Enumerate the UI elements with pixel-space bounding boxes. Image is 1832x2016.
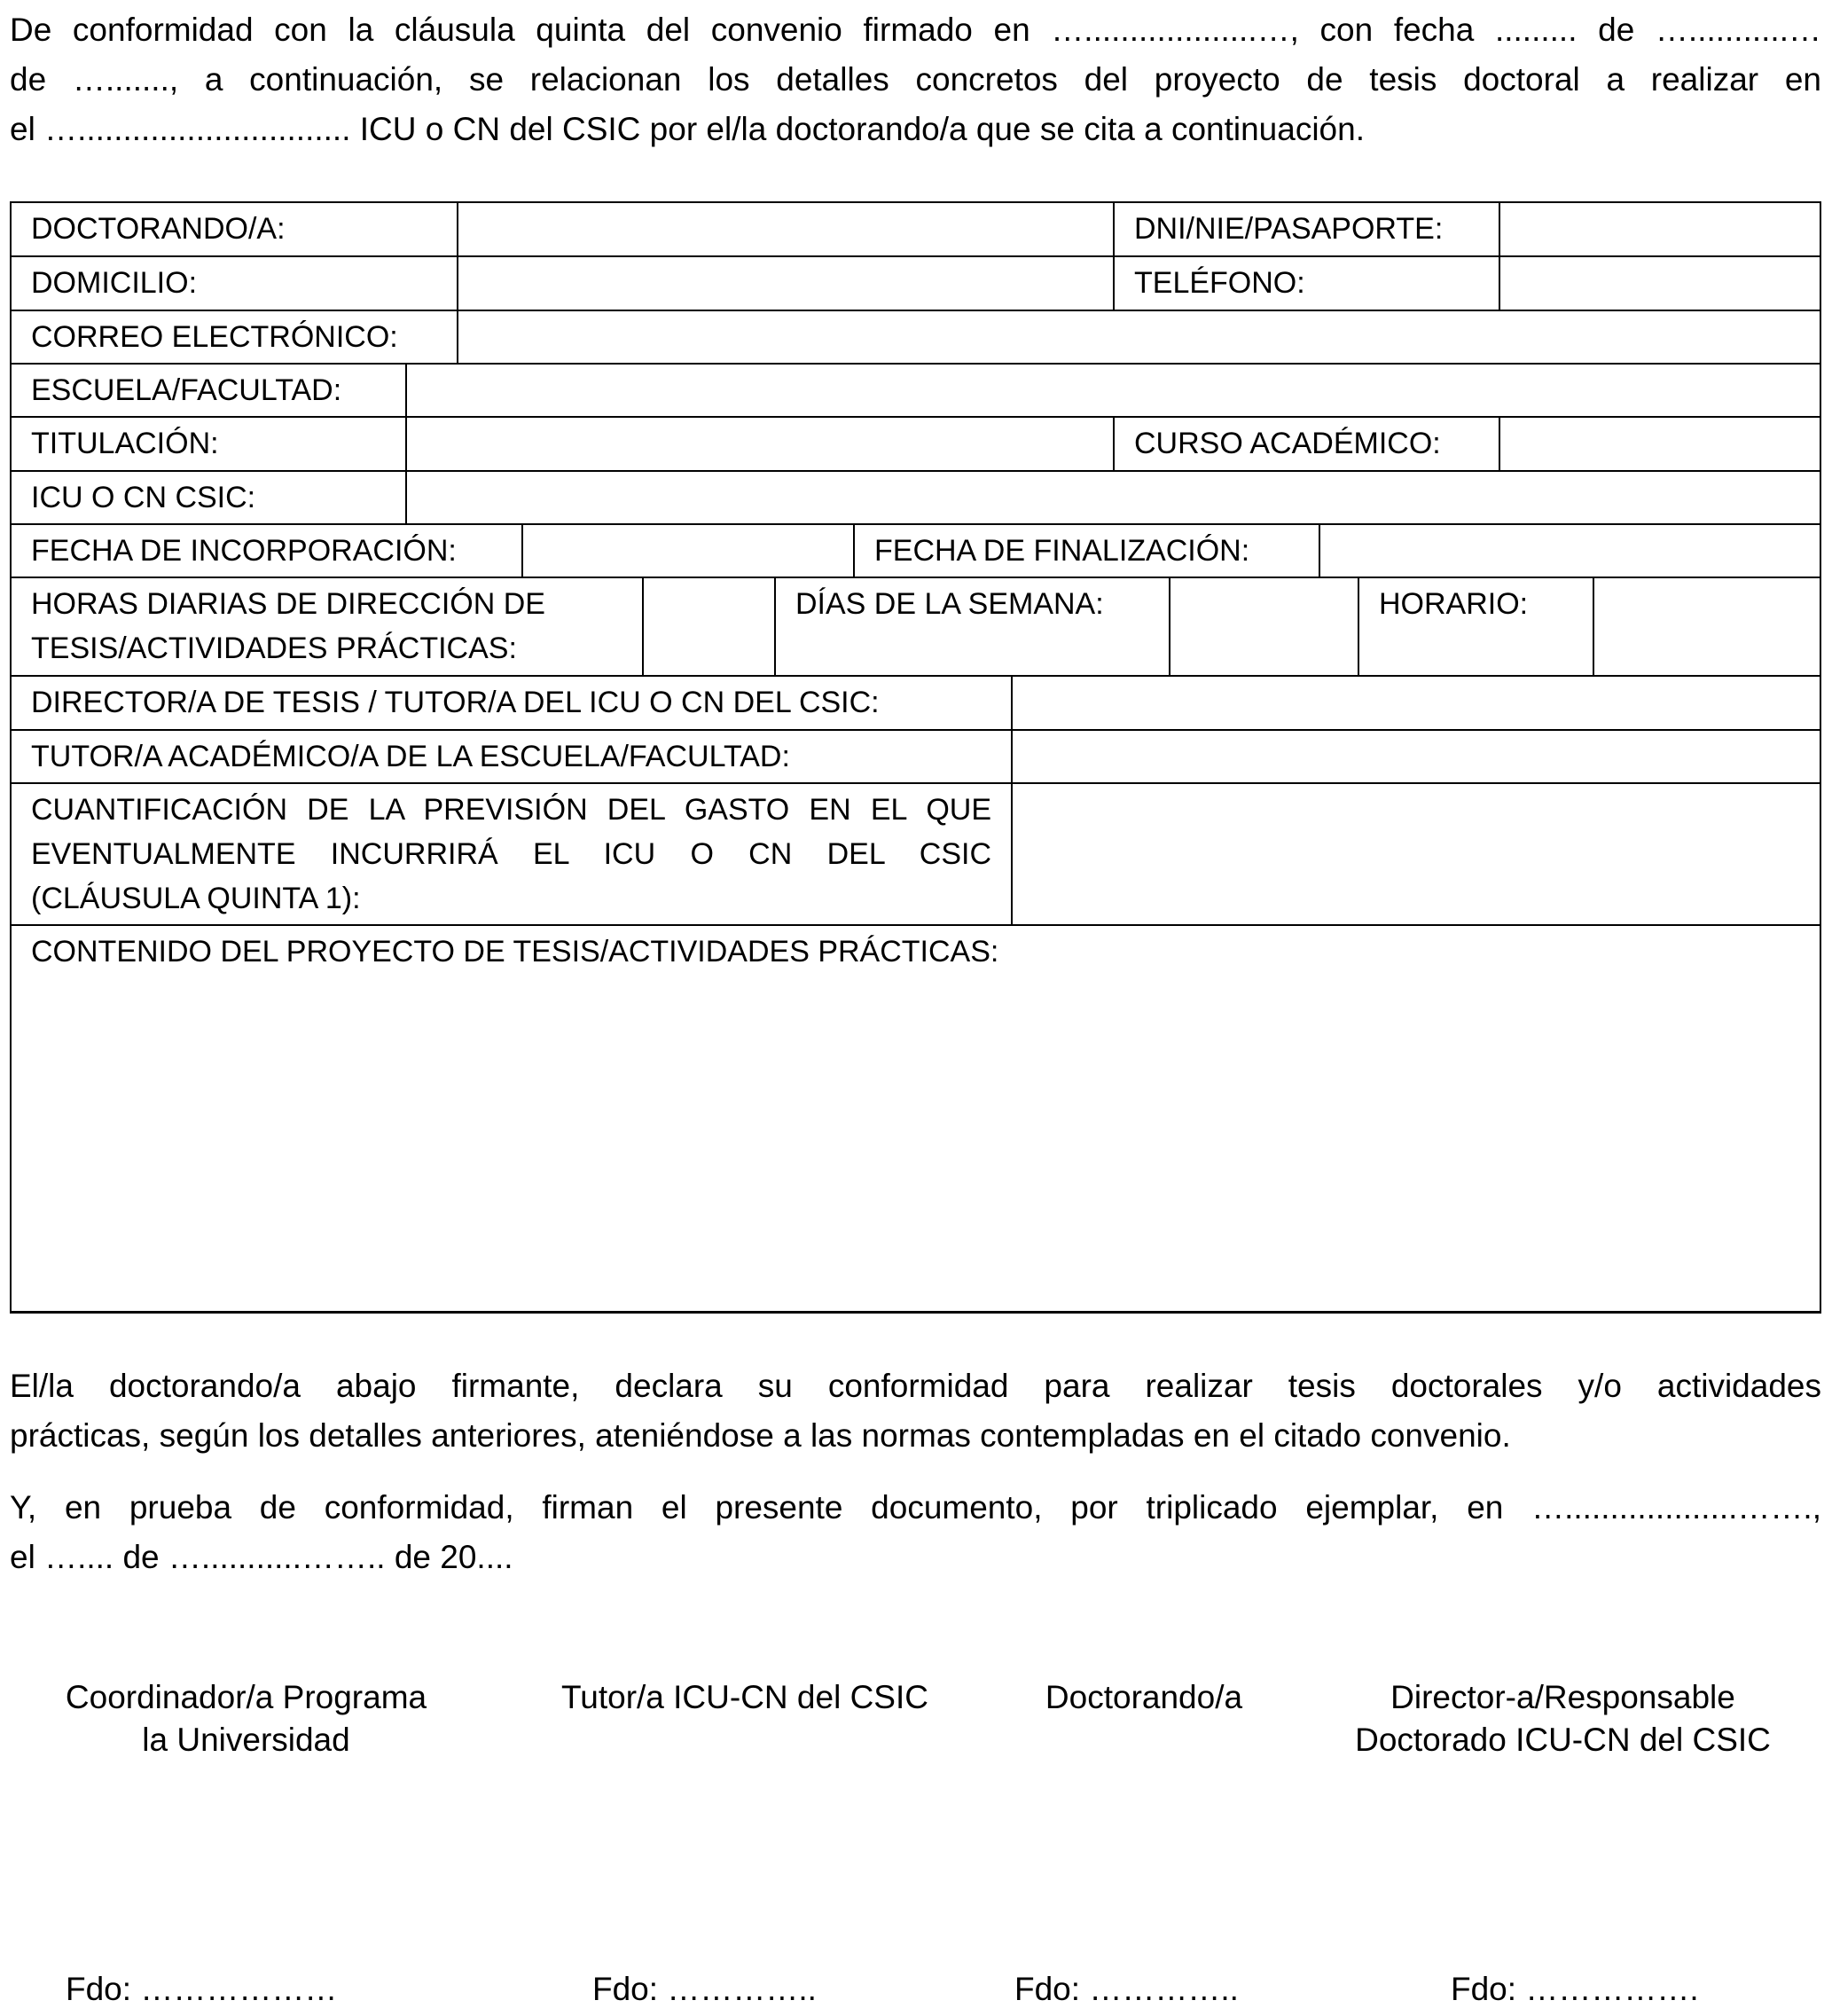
curso-label: CURSO ACADÉMICO: <box>1113 416 1499 470</box>
closing-paragraph: Y, en prueba de conformidad, firman el p… <box>10 1483 1821 1582</box>
gasto-field[interactable] <box>1011 782 1821 924</box>
fecha-finalizacion-field[interactable] <box>1319 523 1821 577</box>
signature-line-tutor[interactable]: Fdo: ………….. <box>592 1968 817 2011</box>
closing-line-1: Y, en prueba de conformidad, firman el p… <box>10 1483 1821 1533</box>
titulacion-label: TITULACIÓN: <box>10 416 405 470</box>
horas-field[interactable] <box>642 577 774 675</box>
domicilio-label: DOMICILIO: <box>10 255 457 310</box>
dias-label: DÍAS DE LA SEMANA: <box>774 577 1169 675</box>
contenido-field[interactable]: CONTENIDO DEL PROYECTO DE TESIS/ACTIVIDA… <box>10 924 1821 1314</box>
intro-line-2: de …......., a continuación, se relacion… <box>10 55 1821 105</box>
signature-title-line-1: Doctorando/a <box>1002 1676 1286 1719</box>
director-label: DIRECTOR/A DE TESIS / TUTOR/A DEL ICU O … <box>10 675 1011 729</box>
signature-title-line-2: Doctorado ICU-CN del CSIC <box>1312 1719 1813 1761</box>
declaration-line-2: prácticas, según los detalles anteriores… <box>10 1411 1821 1461</box>
signature-line-coordinador[interactable]: Fdo: ……………… <box>66 1968 337 2011</box>
gasto-label-line-3: (CLÁUSULA QUINTA 1): <box>31 876 991 921</box>
horas-label: HORAS DIARIAS DE DIRECCIÓN DE TESIS/ACTI… <box>10 577 642 675</box>
signature-block-doctorando: Doctorando/a <box>1002 1676 1286 1719</box>
signature-block-coordinador: Coordinador/a Programa la Universidad <box>27 1676 466 1761</box>
gasto-label-line-1: CUANTIFICACIÓN DE LA PREVISIÓN DEL GASTO… <box>31 788 991 832</box>
signature-block-tutor: Tutor/a ICU-CN del CSIC <box>519 1676 971 1719</box>
tutor-academico-field[interactable] <box>1011 729 1821 782</box>
horas-label-line-2: TESIS/ACTIVIDADES PRÁCTICAS: <box>31 626 622 671</box>
telefono-field[interactable] <box>1499 255 1821 310</box>
declaration-line-1: El/la doctorando/a abajo firmante, decla… <box>10 1361 1821 1411</box>
signature-title-line-1: Tutor/a ICU-CN del CSIC <box>519 1676 971 1719</box>
horario-label: HORARIO: <box>1358 577 1593 675</box>
declaration-paragraph: El/la doctorando/a abajo firmante, decla… <box>10 1361 1821 1461</box>
signature-title-line-1: Coordinador/a Programa <box>27 1676 466 1719</box>
doctorando-field[interactable] <box>457 201 1113 255</box>
fecha-incorporacion-label: FECHA DE INCORPORACIÓN: <box>10 523 521 577</box>
titulacion-field[interactable] <box>405 416 1113 470</box>
curso-field[interactable] <box>1499 416 1821 470</box>
signature-title-line-2: la Universidad <box>27 1719 466 1761</box>
escuela-label: ESCUELA/FACULTAD: <box>10 363 405 416</box>
gasto-label: CUANTIFICACIÓN DE LA PREVISIÓN DEL GASTO… <box>10 782 1011 924</box>
signature-block-director: Director-a/Responsable Doctorado ICU-CN … <box>1312 1676 1813 1761</box>
telefono-label: TELÉFONO: <box>1113 255 1499 310</box>
horas-label-line-1: HORAS DIARIAS DE DIRECCIÓN DE <box>31 582 622 626</box>
correo-label: CORREO ELECTRÓNICO: <box>10 310 457 363</box>
tutor-academico-label: TUTOR/A ACADÉMICO/A DE LA ESCUELA/FACULT… <box>10 729 1011 782</box>
horario-field[interactable] <box>1593 577 1821 675</box>
domicilio-field[interactable] <box>457 255 1113 310</box>
gasto-label-line-2: EVENTUALMENTE INCURRIRÁ EL ICU O CN DEL … <box>31 832 991 876</box>
doctorando-label: DOCTORANDO/A: <box>10 201 457 255</box>
closing-line-2: el ….... de …...........…….. de 20.... <box>10 1533 1821 1582</box>
signature-line-director[interactable]: Fdo: ……………. <box>1451 1968 1699 2011</box>
dni-label: DNI/NIE/PASAPORTE: <box>1113 201 1499 255</box>
contenido-label: CONTENIDO DEL PROYECTO DE TESIS/ACTIVIDA… <box>31 930 1802 974</box>
escuela-field[interactable] <box>405 363 1821 416</box>
intro-paragraph: De conformidad con la cláusula quinta de… <box>10 5 1821 154</box>
correo-field[interactable] <box>457 310 1821 363</box>
dni-field[interactable] <box>1499 201 1821 255</box>
intro-line-3: el ….............................. ICU o… <box>10 105 1821 154</box>
fecha-incorporacion-field[interactable] <box>521 523 853 577</box>
icu-label: ICU O CN CSIC: <box>10 470 405 523</box>
director-field[interactable] <box>1011 675 1821 729</box>
intro-line-1: De conformidad con la cláusula quinta de… <box>10 5 1821 55</box>
signature-title-line-1: Director-a/Responsable <box>1312 1676 1813 1719</box>
signature-line-doctorando[interactable]: Fdo: ………….. <box>1014 1968 1239 2011</box>
fecha-finalizacion-label: FECHA DE FINALIZACIÓN: <box>853 523 1319 577</box>
icu-field[interactable] <box>405 470 1821 523</box>
dias-field[interactable] <box>1169 577 1358 675</box>
